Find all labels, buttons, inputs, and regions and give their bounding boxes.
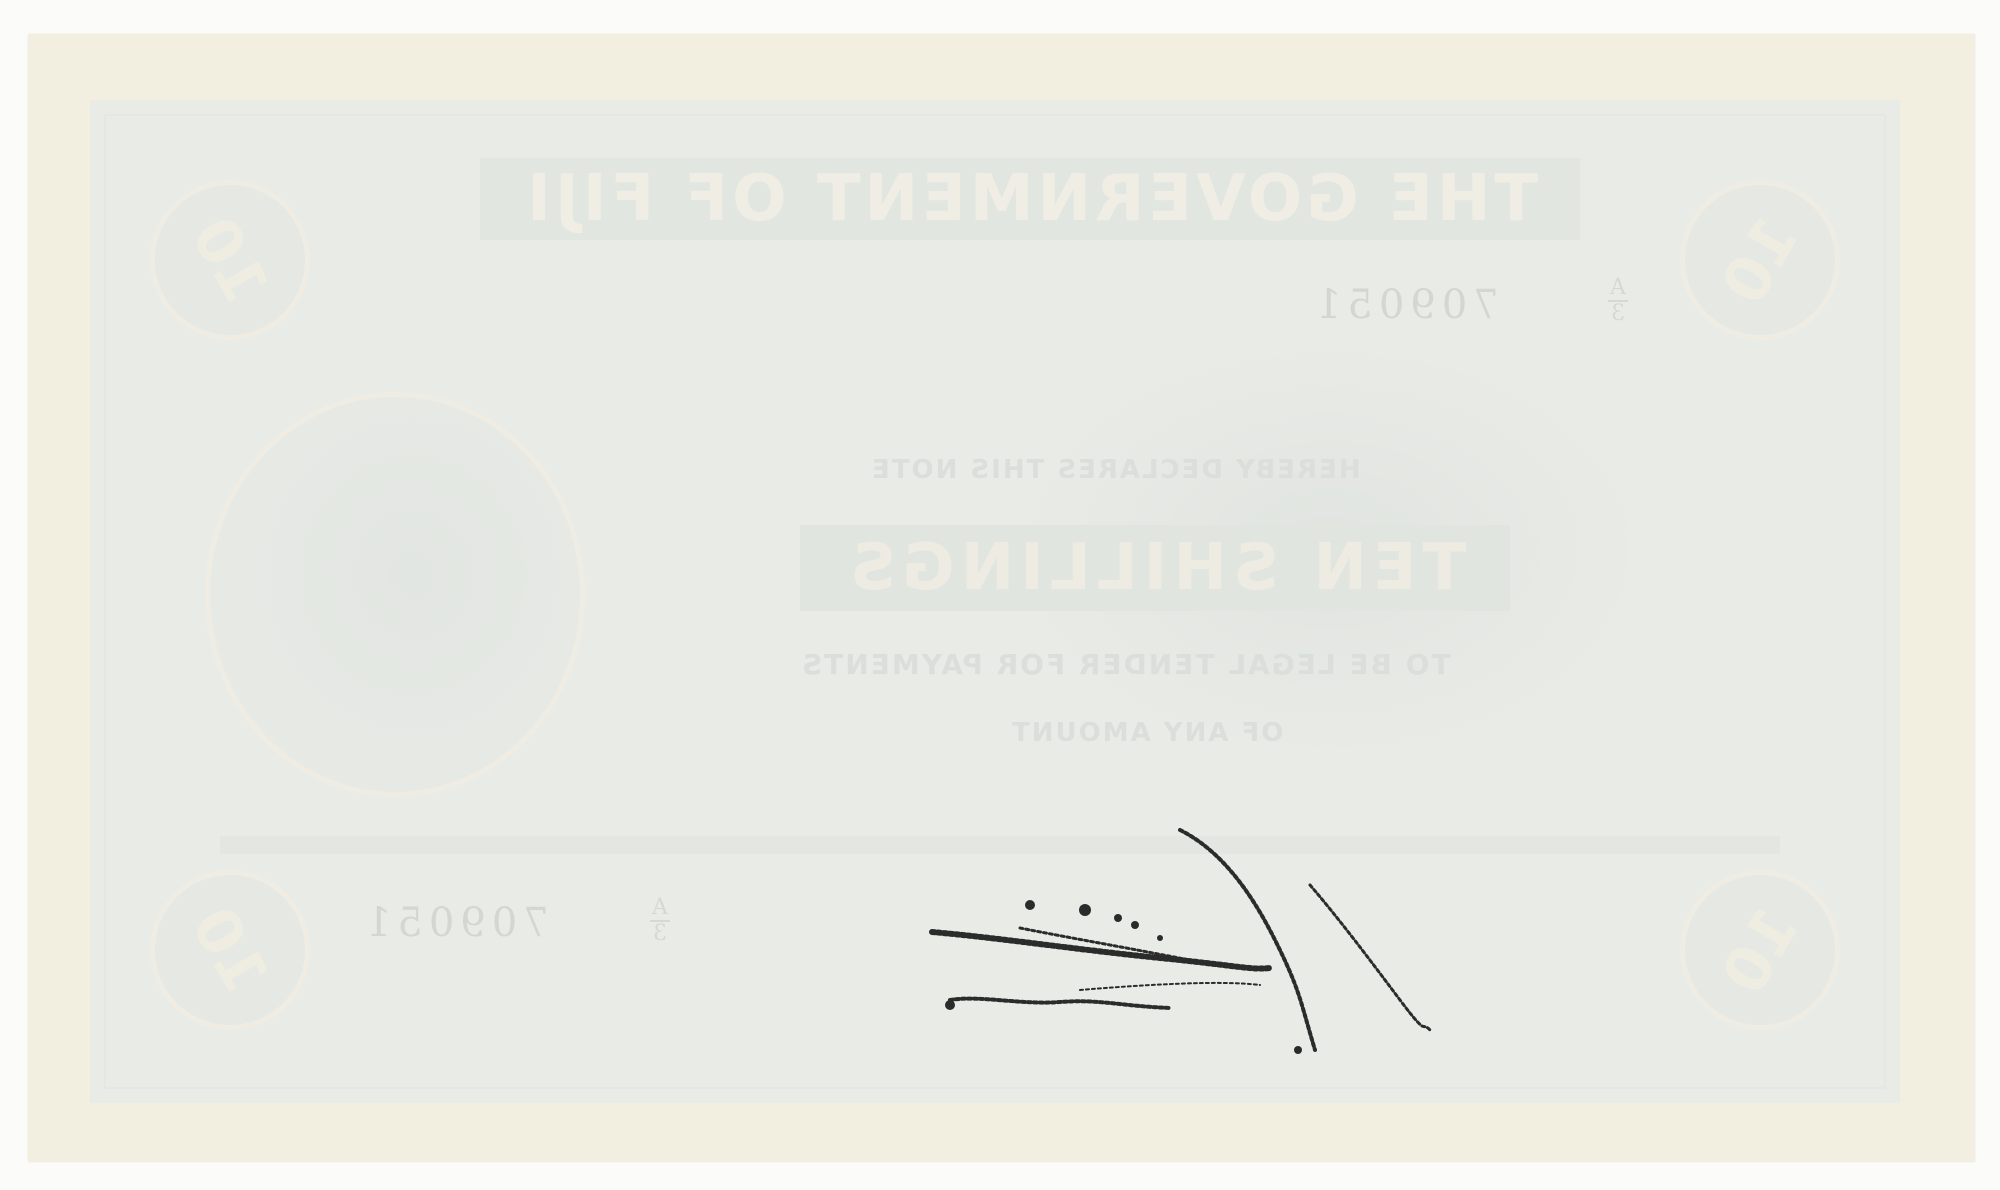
issuer-title: THE GOVERNMENT OF FIJI: [523, 162, 1538, 236]
corner-medallion-bottom-left: 10: [150, 870, 310, 1030]
issuer-title-band: THE GOVERNMENT OF FIJI: [480, 158, 1580, 240]
denomination-text: TEN SHILLINGS: [844, 531, 1466, 605]
corner-medallion-top-left: 10: [150, 180, 310, 340]
signature-ink: [920, 810, 1540, 1080]
portrait-oval: [205, 392, 585, 797]
declaration-line: HEREBY DECLARES THIS NOTE: [870, 455, 1361, 485]
serial-number-top: 709051: [1310, 282, 1499, 328]
corner-medallion-top-right: 10: [1680, 180, 1840, 340]
tender-line: TO BE LEGAL TENDER FOR PAYMENTS: [800, 648, 1451, 681]
denomination-box: TEN SHILLINGS: [800, 525, 1510, 611]
serial-prefix-top: A 3: [1608, 278, 1628, 324]
serial-number-bottom: 709051: [360, 900, 549, 946]
amount-line: OF ANY AMOUNT: [1010, 718, 1283, 748]
serial-prefix-bottom: A 3: [650, 898, 670, 944]
corner-medallion-bottom-right: 10: [1680, 870, 1840, 1030]
